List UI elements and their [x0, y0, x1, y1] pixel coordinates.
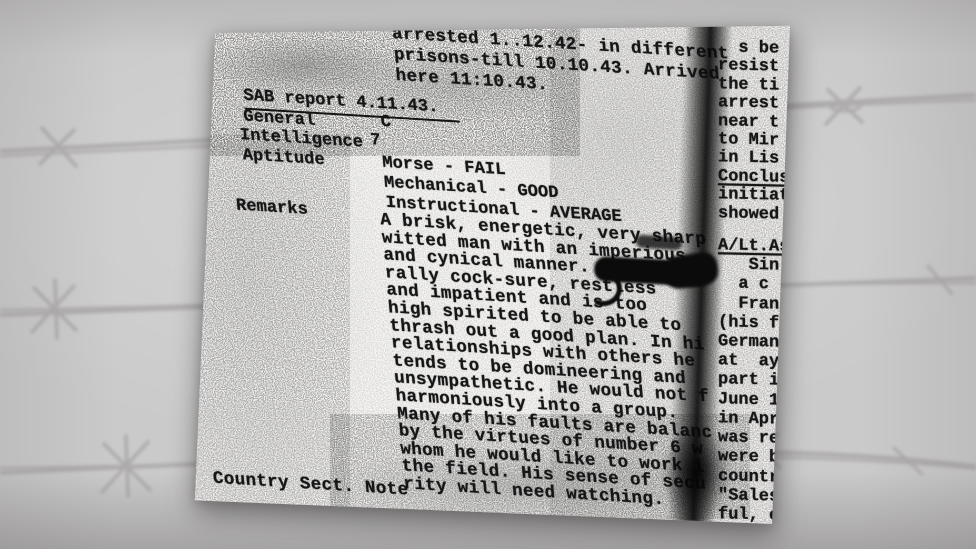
typed-line: a c — [718, 275, 789, 296]
typed-line: initiat — [718, 187, 789, 207]
typed-line: part in — [718, 371, 789, 392]
document-photo: arrested 1..12.42- in differentprisons-t… — [190, 14, 790, 526]
country-section-note: Country Sect. Note — [212, 469, 409, 501]
field-value-intelligence: 7 — [370, 131, 382, 151]
remarks-label: Remarks — [235, 197, 308, 220]
article-image: arrested 1..12.42- in differentprisons-t… — [0, 0, 976, 549]
typed-line: at aye — [718, 352, 789, 373]
typed-line: Fran — [718, 294, 789, 315]
typed-line: June 19 — [718, 390, 789, 411]
field-label-aptitude: Aptitude — [242, 146, 326, 170]
typed-line: Sin — [718, 256, 789, 277]
typed-line: A/Lt.As — [718, 236, 789, 257]
typed-line: Germany — [718, 332, 789, 353]
typed-line: showed — [718, 205, 789, 225]
spine-ink-blot — [660, 422, 734, 526]
photo-wrap: arrested 1..12.42- in differentprisons-t… — [190, 14, 790, 526]
field-value-general: C — [380, 113, 392, 133]
typed-line: (his fa — [718, 313, 789, 334]
